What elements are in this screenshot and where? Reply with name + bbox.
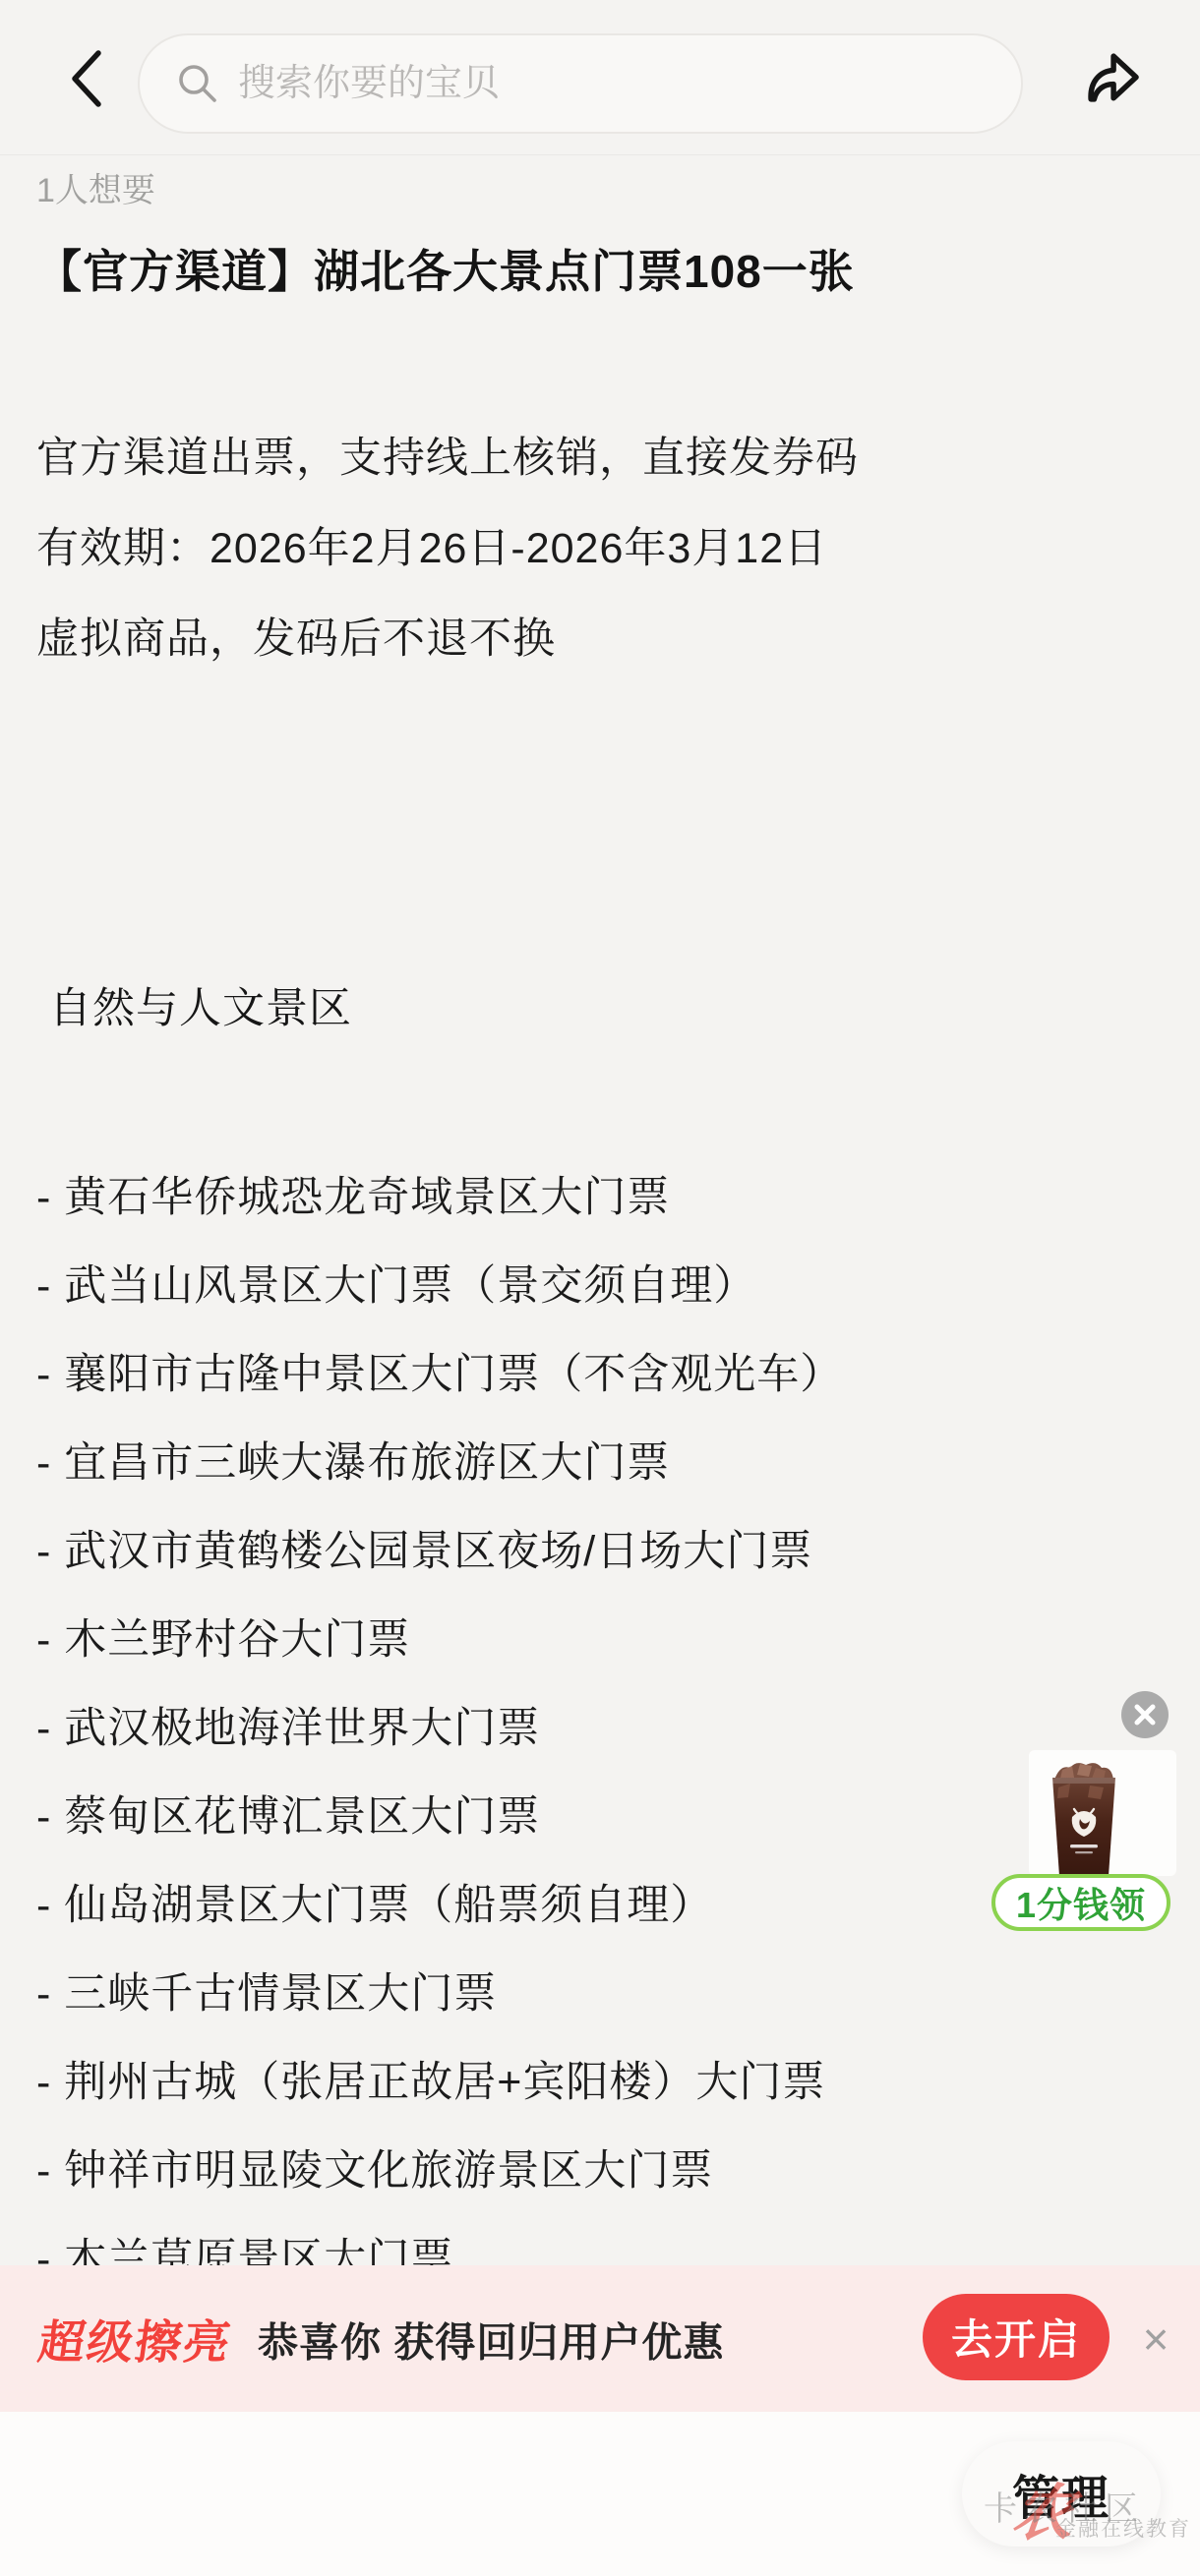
description-line: 有效期：2026年2月26日-2026年3月12日	[36, 499, 1168, 590]
listing-title: 【官方渠道】湖北各大景点门票108一张	[36, 240, 1168, 303]
list-item: - 钟祥市明显陵文化旅游景区大门票	[36, 2123, 1168, 2211]
promo-close-button[interactable]	[1121, 1691, 1169, 1738]
search-bar[interactable]	[138, 33, 1023, 134]
want-count-label: 1人想要	[36, 163, 155, 211]
penny-claim-badge[interactable]: 1分钱领	[991, 1874, 1170, 1931]
search-input[interactable]	[238, 63, 927, 105]
back-chevron-icon	[75, 53, 98, 104]
list-item: - 襄阳市古隆中景区大门票（不含观光车）	[36, 1326, 1168, 1415]
listing-description: 官方渠道出票，支持线上核销，直接发券码 有效期：2026年2月26日-2026年…	[36, 409, 1168, 680]
banner-close-icon[interactable]: ×	[1131, 2313, 1180, 2366]
list-item: - 黄石华侨城恐龙奇域景区大门票	[36, 1149, 1168, 1238]
banner-open-button[interactable]: 去开启	[923, 2294, 1110, 2380]
manage-button[interactable]: 管理	[962, 2441, 1161, 2547]
list-item: - 三峡千古情景区大门票	[36, 1946, 1168, 2034]
list-item: - 武汉市黄鹤楼公园景区夜场/日场大门票	[36, 1503, 1168, 1592]
super-polish-banner: 超级擦亮 恭喜你 获得回归用户优惠 去开启 ×	[0, 2265, 1200, 2412]
list-item: - 武当山风景区大门票（景交须自理）	[36, 1238, 1168, 1326]
share-button[interactable]	[1078, 41, 1147, 114]
iced-coffee-cup-image[interactable]	[1045, 1758, 1123, 1878]
share-arrow-icon	[1091, 56, 1136, 99]
list-item: - 宜昌市三峡大瀑布旅游区大门票	[36, 1415, 1168, 1503]
coffee-promo-widget: 1分钱领	[984, 1687, 1180, 1943]
close-icon	[1121, 1691, 1169, 1738]
description-line: 官方渠道出票，支持线上核销，直接发券码	[36, 409, 1168, 499]
product-detail-page: 1人想要 【官方渠道】湖北各大景点门票108一张 官方渠道出票，支持线上核销，直…	[0, 0, 1200, 2576]
description-line: 虚拟商品，发码后不退不换	[36, 590, 1168, 680]
section-title: 自然与人文景区	[49, 975, 352, 1035]
banner-brand-label: 超级擦亮	[34, 2306, 236, 2371]
list-item: - 荆州古城（张居正故居+宾阳楼）大门票	[36, 2034, 1168, 2123]
list-item: - 木兰野村谷大门票	[36, 1592, 1168, 1680]
back-button[interactable]	[59, 47, 114, 110]
banner-message: 恭喜你 获得回归用户优惠	[258, 2310, 724, 2368]
top-nav-bar	[0, 0, 1200, 155]
search-icon	[175, 61, 220, 106]
